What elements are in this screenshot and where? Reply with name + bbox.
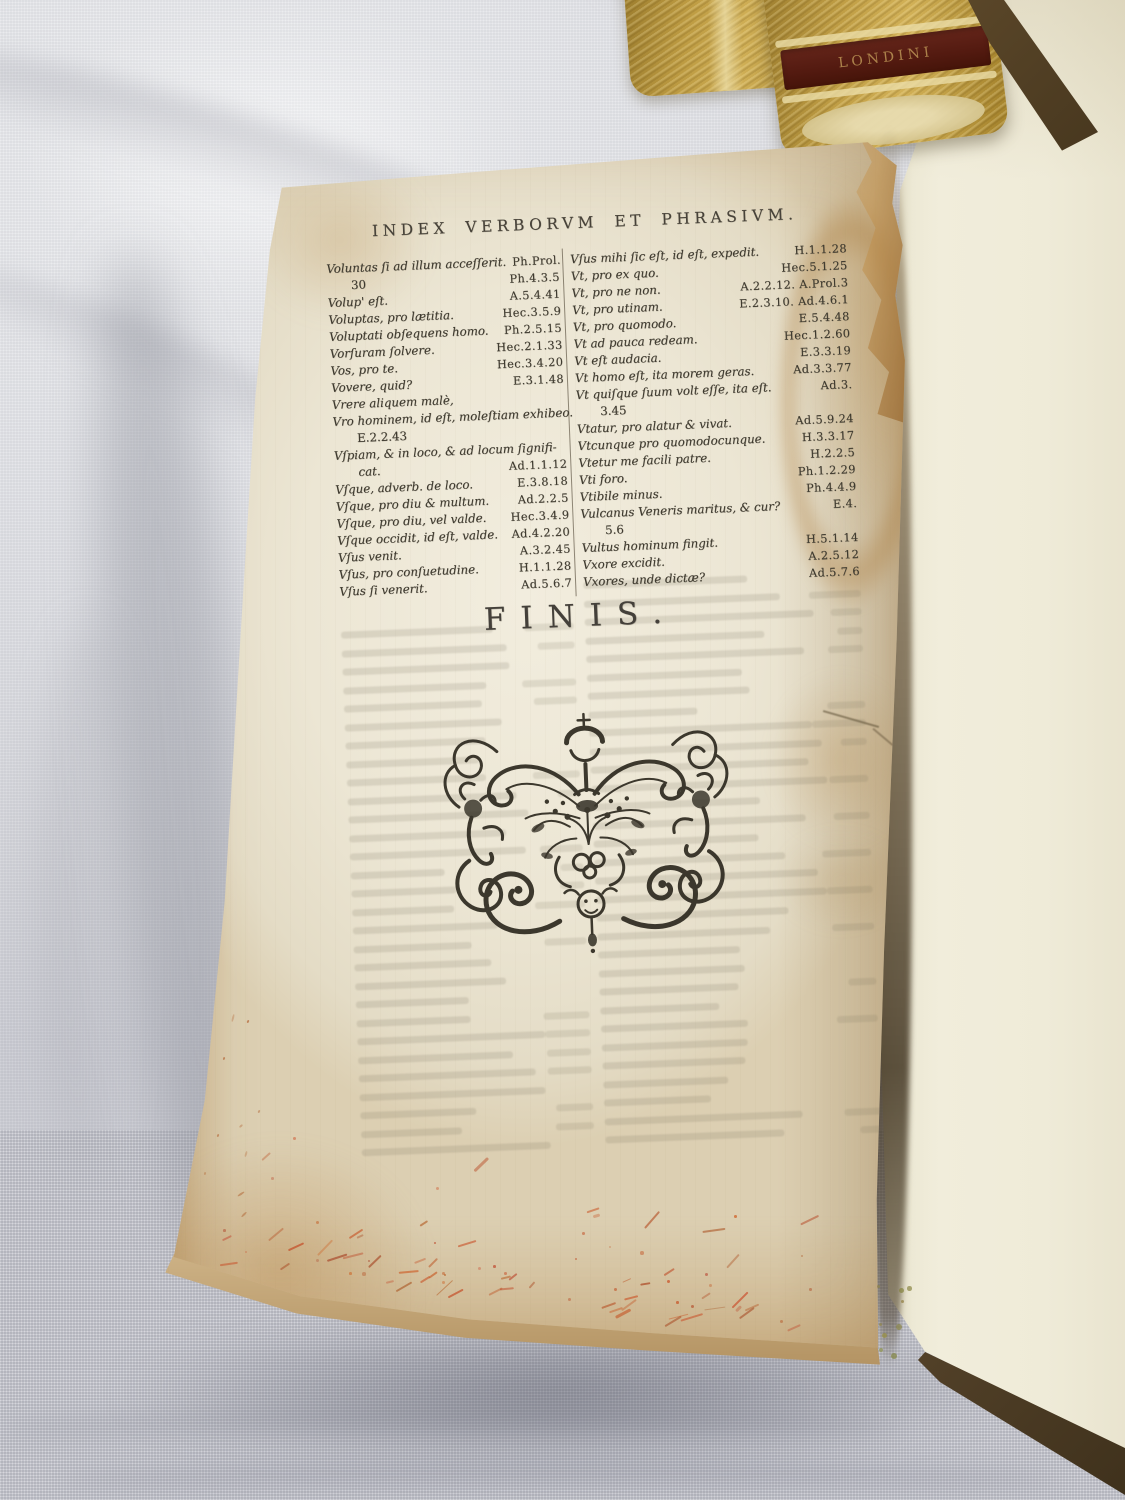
entry-text: cat. xyxy=(334,464,381,480)
show-through-line xyxy=(356,1011,589,1027)
show-through-line xyxy=(603,1070,880,1088)
entry-text: Vos, pro te. xyxy=(330,361,398,378)
show-through-line xyxy=(343,678,576,694)
spine-cream-band xyxy=(707,0,744,91)
printed-content: INDEX VERBORVM ET PHRASIVM. Voluntas ſi … xyxy=(158,117,947,1371)
entry-reference: H.1.1.28 xyxy=(513,559,572,574)
index-page: INDEX VERBORVM ET PHRASIVM. Voluntas ſi … xyxy=(170,130,910,1355)
entry-reference: Hec.2.1.33 xyxy=(490,339,563,355)
entry-reference: E.3.1.48 xyxy=(507,373,564,388)
entry-text: Vt, pro utinam. xyxy=(572,300,663,318)
entry-text: Vovere, quid? xyxy=(331,378,413,395)
show-through-line xyxy=(359,1066,592,1082)
show-through-line xyxy=(342,641,575,657)
show-through-line xyxy=(355,974,588,990)
entry-text: 5.6 xyxy=(581,522,624,538)
entry-reference: Hec.5.1.25 xyxy=(775,259,848,275)
entry-reference: A.2.2.12. A.Prol.3 xyxy=(734,276,848,294)
entry-reference: H.1.1.28 xyxy=(788,242,847,257)
entry-reference: Ad.5.9.24 xyxy=(789,412,854,428)
entry-text: Vorſuram ſolvere. xyxy=(329,343,434,361)
show-through-line xyxy=(357,1029,590,1045)
entry-reference: E.4. xyxy=(827,497,858,511)
cloth-fold xyxy=(60,1462,1060,1498)
entry-text: 30 xyxy=(327,277,367,293)
entry-reference: Ad.3. xyxy=(814,378,852,393)
show-through-line xyxy=(358,1048,591,1064)
show-through-line xyxy=(602,1033,879,1051)
entry-reference: Hec.1.2.60 xyxy=(778,327,851,343)
show-through-line xyxy=(359,1085,592,1101)
entry-reference: A.5.4.41 xyxy=(503,288,560,303)
entry-reference: E.2.3.10. Ad.4.6.1 xyxy=(733,293,849,311)
entry-reference: Ph.4.4.9 xyxy=(800,480,857,495)
entry-reference: E.3.3.19 xyxy=(794,344,851,359)
entry-reference: E.3.8.18 xyxy=(511,475,568,490)
show-through-line xyxy=(601,1015,878,1033)
show-through-line xyxy=(361,1122,594,1138)
entry-reference: Ad.2.2.5 xyxy=(512,492,569,507)
show-through-line xyxy=(599,959,876,977)
entry-text: Vt, pro ne non. xyxy=(571,283,661,301)
entry-text: Vtibile minus. xyxy=(579,487,662,504)
entry-reference: Ph.Prol. xyxy=(506,254,561,269)
show-through-line xyxy=(586,645,863,663)
entry-reference: H.5.1.14 xyxy=(800,531,859,546)
entry-text: Vti foro. xyxy=(579,471,628,487)
show-through-line xyxy=(342,659,575,675)
entry-reference: Hec.3.4.9 xyxy=(504,508,569,524)
photo-scene: LONDINI INDEX VERBORVM ET PHRASIVM. Volu… xyxy=(0,0,1125,1500)
entry-text: Vſus ſi venerit. xyxy=(339,581,428,599)
index-column-right: Vſus mihi ſic eſt, id eſt, expedit.H.1.1… xyxy=(570,241,860,592)
entry-text: Vt eſt audacia. xyxy=(574,351,662,368)
entry-text: 3.45 xyxy=(576,403,627,419)
entry-reference: Ad.5.6.7 xyxy=(515,576,572,591)
entry-reference: A.3.2.45 xyxy=(514,542,571,557)
grotesque-scrollwork-tailpiece-icon xyxy=(433,699,743,963)
entry-reference: Ad.4.2.20 xyxy=(505,525,570,541)
page-header: INDEX VERBORVM ET PHRASIVM. xyxy=(315,203,855,243)
entry-reference: Ad.5.7.6 xyxy=(803,565,860,580)
show-through-line xyxy=(604,1088,881,1106)
entry-reference: Ad.3.3.77 xyxy=(787,361,852,377)
entry-text: Volup' eſt. xyxy=(327,294,388,310)
entry-reference: H.2.2.5 xyxy=(804,446,855,461)
entry-reference: E.5.4.48 xyxy=(792,310,849,325)
entry-text: Vt, pro ex quo. xyxy=(571,266,659,284)
show-through-line xyxy=(605,1107,882,1125)
show-through-line xyxy=(360,1103,593,1119)
show-through-line xyxy=(605,1125,882,1143)
entry-reference: A.2.5.12 xyxy=(802,548,859,563)
entry-reference: Hec.3.5.9 xyxy=(496,305,561,321)
entry-reference: H.3.3.17 xyxy=(796,429,855,444)
show-through-line xyxy=(599,978,876,996)
show-through-line xyxy=(600,996,877,1014)
show-through-line xyxy=(356,992,589,1008)
entry-text: Vt, pro quomodo. xyxy=(573,316,677,334)
entry-text: Vſus venit. xyxy=(338,548,402,565)
entry-reference: Ph.2.5.15 xyxy=(498,322,562,338)
show-through-line xyxy=(362,1140,595,1156)
entry-reference: Ph.4.3.5 xyxy=(503,271,560,286)
show-through-line xyxy=(588,682,865,700)
index-column-left: Voluntas ſi ad illum acceſſerit.Ph.Prol.… xyxy=(326,253,572,602)
spine-label-text: LONDINI xyxy=(837,44,934,72)
entry-text: Vxore excidit. xyxy=(582,555,665,572)
entry-reference: Ph.1.2.29 xyxy=(792,463,856,479)
entry-reference: Ad.1.1.12 xyxy=(503,458,568,474)
show-through-line xyxy=(602,1051,879,1069)
entry-text: E.2.2.43 xyxy=(333,429,407,446)
show-through-line xyxy=(587,663,864,681)
entry-reference: Hec.3.4.20 xyxy=(491,356,564,372)
